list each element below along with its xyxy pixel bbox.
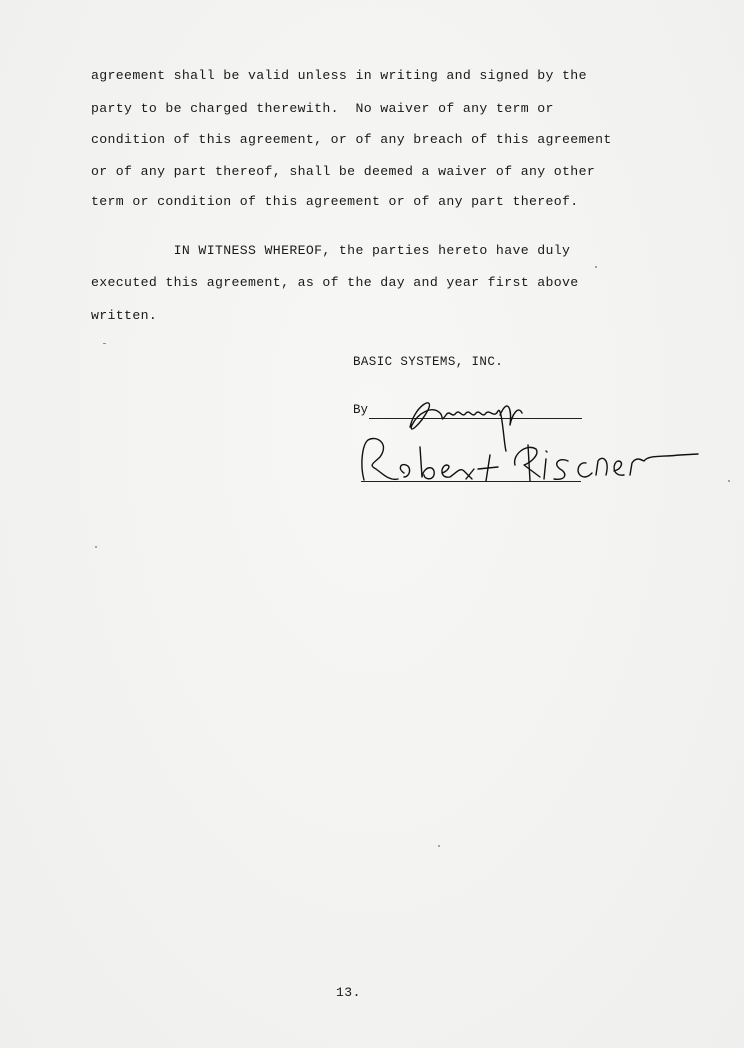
scan-speck bbox=[595, 266, 597, 268]
witness-line: IN WITNESS WHEREOF, the parties hereto h… bbox=[91, 243, 570, 259]
text-line: or of any part thereof, shall be deemed … bbox=[91, 164, 595, 180]
text-line: agreement shall be valid unless in writi… bbox=[91, 68, 587, 84]
text-line: written. bbox=[91, 308, 157, 324]
text-line: executed this agreement, as of the day a… bbox=[91, 275, 579, 291]
handwritten-signature bbox=[340, 385, 710, 495]
scan-speck bbox=[95, 546, 97, 548]
text-line: term or condition of this agreement or o… bbox=[91, 194, 579, 210]
text-line: condition of this agreement, or of any b… bbox=[91, 132, 612, 148]
scan-speck bbox=[103, 343, 106, 344]
text-line: party to be charged therewith. No waiver… bbox=[91, 101, 554, 117]
document-page: agreement shall be valid unless in writi… bbox=[0, 0, 744, 1048]
company-name: BASIC SYSTEMS, INC. bbox=[353, 355, 503, 369]
page-number: 13. bbox=[336, 985, 361, 1000]
scan-speck bbox=[728, 480, 730, 482]
scan-speck bbox=[438, 845, 440, 847]
